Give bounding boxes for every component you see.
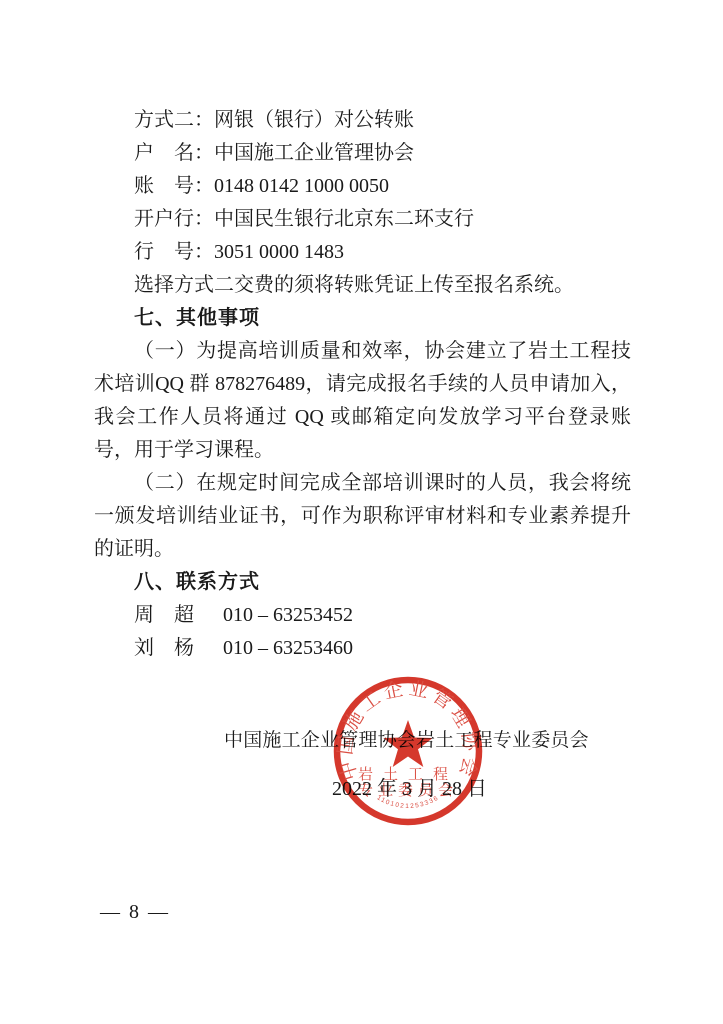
- section-heading-contact: 八、联系方式: [94, 566, 631, 599]
- official-seal: 中国施工企业管理协会 岩土工程 专业委员会 1101021253336: [333, 676, 483, 826]
- account-name-line: 户 名：中国施工企业管理协会: [94, 137, 631, 170]
- account-number-line: 账 号：0148 0142 1000 0050: [94, 170, 631, 203]
- bank-branch-line: 开户行：中国民生银行北京东二环支行: [94, 203, 631, 236]
- other-matters-item-1: （一）为提高培训质量和效率，协会建立了岩土工程技术培训QQ 群 87827648…: [94, 335, 631, 467]
- contact-name-1: 周 超: [134, 604, 194, 626]
- contact-row-2: 刘 杨 010 – 63253460: [94, 632, 631, 665]
- star-icon: [383, 720, 432, 767]
- contact-name-2: 刘 杨: [134, 637, 194, 659]
- seal-center-line1: 岩土工程: [358, 766, 458, 783]
- transfer-note-line: 选择方式二交费的须将转账凭证上传至报名系统。: [94, 269, 631, 302]
- contact-phone-1: 010 – 63253452: [223, 604, 353, 626]
- contact-row-1: 周 超 010 – 63253452: [94, 599, 631, 632]
- bank-code-line: 行 号：3051 0000 1483: [94, 236, 631, 269]
- seal-center-line2: 专业委员会: [358, 782, 458, 799]
- document-body: 方式二：网银（银行）对公转账 户 名：中国施工企业管理协会 账 号：0148 0…: [94, 104, 631, 665]
- page-number: — 8 —: [100, 898, 170, 926]
- section-heading-other-matters: 七、其他事项: [94, 302, 631, 335]
- document-page: 方式二：网银（银行）对公转账 户 名：中国施工企业管理协会 账 号：0148 0…: [0, 0, 723, 1024]
- payment-method-line: 方式二：网银（银行）对公转账: [94, 104, 631, 137]
- other-matters-item-2: （二）在规定时间完成全部培训课时的人员，我会将统一颁发培训结业证书，可作为职称评…: [94, 467, 631, 566]
- contact-phone-2: 010 – 63253460: [223, 637, 353, 659]
